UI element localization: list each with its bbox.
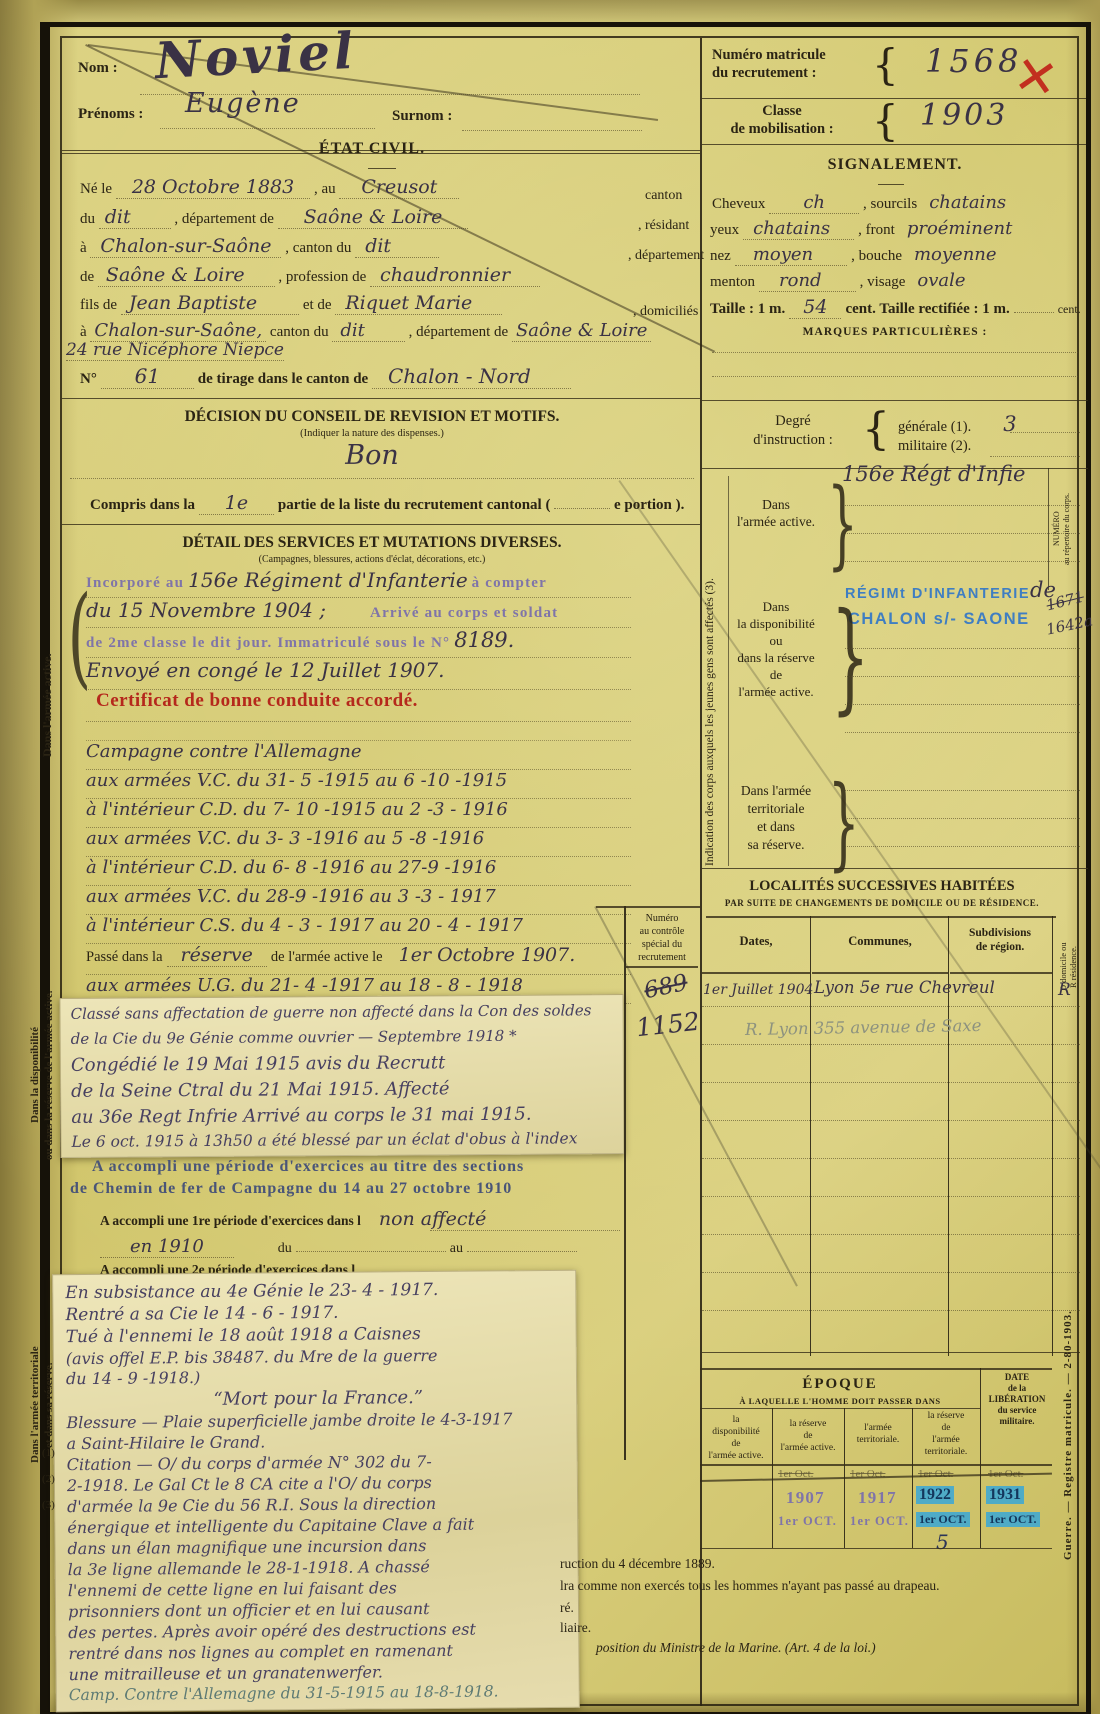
etat-civil-line-4: de Saône & Loire , profession de chaudro…	[80, 264, 540, 286]
rule	[160, 128, 375, 129]
epoque-col1-header: la disponibilité de l'armée active.	[700, 1414, 772, 1462]
visage-value: ovale	[909, 270, 965, 291]
scribble-number: 5	[936, 1530, 949, 1554]
rule	[700, 1408, 980, 1409]
campagne-title-line: Campagne contre l'Allemagne	[86, 741, 631, 770]
services-subtitle: (Campagnes, blessures, actions d'éclat, …	[62, 554, 682, 565]
profession-value: chaudronnier	[370, 264, 540, 287]
numero-matricule-value: 1568	[925, 42, 1022, 80]
signalement-row-1: Cheveux ch , sourcils chatains	[712, 192, 1006, 213]
degre-generale-row: générale (1). 3	[898, 412, 1017, 436]
epoque-col2-header: la réserve de l'armée active.	[772, 1418, 844, 1454]
printed-label: , sourcils	[863, 196, 917, 212]
note1-line: Classé sans affectation de guerre non af…	[70, 1001, 614, 1030]
printed-label: Cheveux	[712, 196, 765, 212]
prenoms-value: Eugène	[185, 88, 301, 119]
note1-line: de la Seine Ctral du 21 Mai 1915. Affect…	[71, 1077, 615, 1107]
rule	[62, 524, 700, 525]
corps-vertical-label: Indication des corps auxquels les jeunes…	[704, 478, 716, 866]
note2-text: En subsistance au 4e Génie le 23- 4 - 19…	[53, 1271, 579, 1708]
rule	[702, 1158, 1080, 1159]
canton-dit: dit	[355, 235, 439, 258]
rule	[700, 1368, 1052, 1370]
sourcils-value: chatains	[921, 192, 1006, 213]
locality-row1-date: 1er Juillet 1904	[703, 982, 813, 998]
rule	[700, 1464, 1052, 1466]
printed-label: Né le	[80, 181, 112, 197]
rule	[845, 818, 1080, 819]
rule	[878, 184, 904, 185]
rule	[702, 1234, 1080, 1235]
rule	[728, 476, 729, 866]
stamped-text: Arrivé au corps et soldat	[330, 605, 558, 621]
epoque-title: ÉPOQUE	[700, 1376, 980, 1393]
printed-label: , profession de	[278, 269, 366, 285]
epoque-col4-header: la réserve de l'armée territoriale.	[912, 1410, 980, 1458]
stamped-text: Incorporé au	[86, 575, 184, 591]
margin-word-canton: canton	[645, 188, 682, 204]
corps-dispo-label: Dans la disponibilité ou dans la réserve…	[730, 598, 822, 700]
handwritten-text: en 1910	[100, 1236, 234, 1258]
signalement-row-4: menton rond , visage ovale	[710, 270, 966, 291]
etat-civil-line-3: à Chalon-sur-Saône , canton du dit	[80, 235, 439, 257]
rule	[845, 505, 1080, 506]
rule	[702, 972, 810, 974]
services-entries: Incorporé au 156e Régiment d'Infanterie …	[86, 568, 631, 1004]
corps-active-value: 156e Régt d'Infie	[842, 462, 1025, 486]
canton-value: dit	[99, 206, 171, 229]
departement2-value: Saône & Loire	[98, 264, 275, 287]
service-line-conge: Envoyé en congé le 12 Juillet 1907.	[86, 658, 631, 690]
printed-label: A accompli une 1re période d'exercices d…	[100, 1213, 361, 1228]
nom-label: Nom :	[78, 60, 118, 77]
decision-subtitle: (Indiquer la nature des dispenses.)	[62, 428, 682, 439]
rule	[430, 1230, 620, 1231]
printed-label: , département de	[174, 211, 274, 227]
front-value: proéminent	[899, 218, 1013, 239]
corps-territoriale-label: Dans l'armée territoriale et dans sa rés…	[730, 782, 822, 854]
epoque-reserve-terr-date-stamp: 1er OCT.	[916, 1512, 970, 1527]
street-address: 24 rue Nicéphore Niepce	[66, 340, 284, 361]
rule	[702, 400, 1088, 401]
printed-label: , département de	[409, 324, 509, 340]
surnom-label: Surnom :	[392, 108, 452, 125]
localites-subtitle: PAR SUITE DE CHANGEMENTS DE DOMICILE OU …	[702, 898, 1062, 908]
rule	[626, 966, 698, 968]
rule	[712, 376, 1078, 377]
etat-civil-title: ÉTAT CIVIL.	[62, 140, 682, 158]
rule	[845, 704, 1080, 705]
printed-label: de tirage dans le canton de	[198, 371, 368, 387]
numero-repertoire-vertical: NUMÉRO au répertoire du corps.	[1052, 470, 1072, 588]
degre-militaire-row: militaire (2).	[898, 438, 971, 455]
signalement-row-2: yeux chatains , front proéminent	[710, 218, 1012, 239]
rule	[702, 1310, 1080, 1311]
table-column-line	[912, 1408, 913, 1548]
printed-label: yeux	[710, 222, 739, 238]
rule	[596, 906, 700, 908]
rule	[700, 1548, 1052, 1549]
rule	[702, 1006, 1080, 1007]
yeux-value: chatains	[743, 218, 854, 240]
locality-row1-commune: Lyon 5e rue Chevreul	[814, 978, 995, 997]
etat-civil-line-1: Né le 28 Octobre 1883 , au Creusot	[80, 176, 459, 198]
edition-reference-vertical: Guerre. — Registre matricule. — 2-80-190…	[1062, 1230, 1074, 1560]
epoque-reserve-year: 1907	[786, 1488, 825, 1508]
blank-line	[86, 722, 631, 741]
cheveux-value: ch	[769, 192, 859, 214]
service-line-incorpore-1: Incorporé au 156e Régiment d'Infanterie …	[86, 568, 631, 598]
tirage-number: 61	[101, 364, 194, 389]
blank-fill	[296, 1251, 446, 1252]
rule	[702, 1082, 1080, 1083]
printed-label: de	[80, 269, 94, 285]
controle-column-left-border	[624, 906, 626, 1460]
epoque-subtitle: À LAQUELLE L'HOMME DOIT PASSER DANS	[700, 1396, 980, 1406]
campagne-line-1: aux armées V.C. du 31- 5 -1915 au 6 -10 …	[86, 770, 631, 799]
services-title: DÉTAIL DES SERVICES ET MUTATIONS DIVERSE…	[62, 534, 682, 552]
col-header-subdivisions: Subdivisions de région.	[950, 926, 1050, 954]
epoque-territoriale-year: 1917	[858, 1488, 897, 1508]
handwritten-text: 8189.	[454, 628, 514, 652]
rule	[70, 478, 694, 479]
footer-fragment: liaire.	[560, 1620, 591, 1636]
brace-glyph: {	[862, 404, 890, 455]
blank-fill	[1014, 312, 1054, 313]
menton-value: rond	[759, 270, 856, 292]
printed-label: , bouche	[851, 248, 902, 264]
service-line-incorpore-3: de 2me classe le dit jour. Immatriculé s…	[86, 628, 631, 658]
margin-word-departement: , département	[628, 248, 704, 264]
rule	[845, 732, 1080, 733]
registre-matricule-page: Nom : Noviel Prénoms : Eugène Surnom : N…	[0, 0, 1100, 1714]
table-column-line	[1052, 916, 1053, 1356]
etat-civil-line-6: à Chalon-sur-Saône, canton du dit , dépa…	[80, 320, 651, 341]
mother-name: Riquet Marie	[335, 292, 502, 315]
rule	[702, 868, 1088, 869]
rule	[706, 916, 1056, 918]
taille-row: Taille : 1 m. 54 cent. Taille rectifiée …	[710, 296, 1081, 318]
printed-label: Taille : 1 m.	[710, 301, 785, 317]
prenoms-label: Prénoms :	[78, 106, 143, 123]
campagne-line-4: à l'intérieur C.D. du 6- 8 -1916 au 27-9…	[86, 857, 631, 886]
handwritten-text: non affecté	[365, 1208, 487, 1230]
father-name: Jean Baptiste	[121, 292, 299, 315]
parents-residence: Chalon-sur-Saône,	[90, 320, 266, 342]
margin-footnote-markers: (1) (2) (3)	[42, 1440, 55, 1518]
liberation-year-stamp: 1931	[986, 1486, 1024, 1504]
stamped-text: à compter	[472, 575, 547, 591]
residence-value: Chalon-sur-Saône	[90, 235, 281, 258]
periode1b-line: en 1910 du au	[100, 1236, 577, 1257]
service-line-incorpore-2: du 15 Novembre 1904 ; Arrivé au corps et…	[86, 598, 631, 628]
decision-title: DÉCISION DU CONSEIL DE REVISION ET MOTIF…	[62, 408, 682, 426]
rule	[990, 456, 1080, 457]
exercices-stamp-line-1: A accompli une période d'exercices au ti…	[92, 1158, 524, 1176]
pasted-note-1: Classé sans affectation de guerre non af…	[59, 994, 624, 1158]
rule	[702, 1196, 1080, 1197]
brace-glyph: }	[831, 588, 869, 727]
table-column-line	[980, 1368, 981, 1548]
decision-value: Bon	[62, 440, 682, 471]
exercices-stamp-line-2: de Chemin de fer de Campagne du 14 au 27…	[70, 1180, 512, 1198]
rule	[702, 1352, 1080, 1353]
margin-label-armee-active: Dans l'armée active.	[40, 600, 55, 810]
handwritten-text: 1er Octobre 1907.	[387, 944, 576, 966]
localites-title: LOCALITÉS SUCCESSIVES HABITÉES	[702, 878, 1062, 895]
rule	[368, 168, 396, 169]
parents-canton: dit	[332, 320, 405, 342]
printed-label: et de	[303, 297, 332, 313]
margin-word-domicilies: , domiciliés	[633, 304, 698, 320]
rule	[702, 1120, 1080, 1121]
note1-line: au 36e Regt Infrie Arrivé au corps le 31…	[71, 1103, 615, 1133]
printed-label: , au	[314, 181, 336, 197]
note1-line: Le 6 oct. 1915 à 13h50 a été blessé par …	[71, 1129, 615, 1157]
printed-label: à	[80, 240, 87, 256]
handwritten-text: du 15 Novembre 1904 ;	[86, 598, 326, 622]
campagne-recap-line: Camp. Contre l'Allemagne du 31-5-1915 au…	[69, 1682, 573, 1707]
blank-fill	[554, 508, 610, 509]
printed-label: nez	[710, 248, 731, 264]
campagne-line-5: aux armées V.C. du 28-9 -1916 au 3 -3 - …	[86, 886, 631, 915]
brace-glyph: }	[828, 764, 860, 881]
rule	[950, 972, 1052, 974]
taille-value: 54	[789, 296, 841, 319]
nom-value: Noviel	[154, 21, 359, 90]
footer-fragment: ruction du 4 décembre 1889.	[560, 1556, 715, 1572]
rule	[845, 533, 1080, 534]
brace-glyph: }	[827, 468, 858, 580]
rule	[845, 790, 1080, 791]
rule	[62, 398, 700, 399]
tirage-canton: Chalon - Nord	[372, 364, 571, 389]
printed-label: fils de	[80, 297, 117, 313]
regiment-stamp-line-2: CHALON s/- SAONE	[848, 610, 1030, 629]
certificat-line: Certificat de bonne conduite accordé.	[86, 690, 631, 722]
handwritten-text: réserve	[167, 944, 267, 967]
controle-special-label: Numéro au contrôle spécial du recrutemen…	[626, 912, 698, 964]
margin-word-residant: , résidant	[638, 218, 689, 234]
etat-civil-line-2: du dit , département de Saône & Loire	[80, 206, 468, 228]
parents-departement: Saône & Loire	[512, 320, 651, 342]
marques-label: MARQUES PARTICULIÈRES :	[702, 326, 1088, 338]
etat-civil-line-5: fils de Jean Baptiste et de Riquet Marie	[80, 292, 502, 314]
printed-label: cent.	[1058, 302, 1081, 316]
printed-label: générale (1).	[898, 419, 971, 435]
date-liberation-header: DATE de la LIBÉRATION du service militai…	[982, 1372, 1052, 1427]
campagne-line-6: à l'intérieur C.S. du 4 - 3 - 1917 au 20…	[86, 915, 631, 944]
printed-label: e portion ).	[614, 497, 684, 513]
compris-partie: 1e	[199, 492, 274, 515]
epoque-reserve-terr-year-stamp: 1922	[916, 1486, 954, 1504]
printed-label: , canton du	[285, 240, 351, 256]
blank-fill	[467, 1251, 577, 1252]
signalement-row-3: nez moyen , bouche moyenne	[710, 244, 997, 265]
rule	[712, 352, 1078, 353]
note1-text: Classé sans affectation de guerre non af…	[60, 995, 623, 1157]
pasted-note-2: En subsistance au 4e Génie le 23- 4 - 19…	[52, 1270, 580, 1713]
stamped-text: de 2me classe le dit jour. Immatriculé s…	[86, 635, 450, 651]
brace-glyph: {	[872, 96, 899, 145]
printed-label: , visage	[860, 274, 906, 290]
epoque-territoriale-date: 1er OCT.	[850, 1514, 909, 1529]
footer-fragment: ré.	[560, 1600, 574, 1616]
epoque-col3-header: l'armée territoriale.	[844, 1422, 912, 1446]
printed-label: N°	[80, 371, 97, 387]
brace-glyph: {	[872, 40, 899, 89]
corps-active-label: Dans l'armée active.	[732, 496, 820, 530]
rule	[702, 1272, 1080, 1273]
rule	[845, 648, 1080, 649]
rule	[812, 972, 948, 974]
departement-value: Saône & Loire	[278, 206, 469, 229]
printed-label: à	[80, 324, 87, 340]
classe-value: 1903	[920, 98, 1008, 133]
rule	[1010, 432, 1080, 433]
note1-line: Congédié le 19 Mai 1915 avis du Recrutt	[71, 1051, 615, 1081]
liberation-date-stamp: 1er OCT.	[986, 1512, 1040, 1527]
printed-label: , front	[858, 222, 895, 238]
printed-label: au	[450, 1241, 463, 1256]
printed-label: du	[238, 1241, 292, 1256]
printed-label: Passé dans la	[86, 949, 163, 965]
passe-reserve-line: Passé dans la réserve de l'armée active …	[86, 944, 631, 975]
signalement-title: SIGNALEMENT.	[702, 156, 1088, 174]
compris-line: Compris dans la 1e partie de la liste du…	[90, 492, 684, 514]
locality-row1-dr: R	[1058, 980, 1071, 1000]
printed-label: cent. Taille rectifiée : 1 m.	[845, 301, 1009, 317]
printed-label: du	[80, 211, 95, 227]
periode1-line: A accompli une 1re période d'exercices d…	[100, 1208, 486, 1230]
margin-label-disponibilite: Dans la disponibilité ou dans la réserve…	[28, 930, 56, 1220]
footer-fragment: position du Ministre de la Marine. (Art.…	[596, 1640, 876, 1656]
campagne-line-2: à l'intérieur C.D. du 7- 10 -1915 au 2 -…	[86, 799, 631, 828]
campagne-line-3: aux armées V.C. du 3- 3 -1916 au 5 -8 -1…	[86, 828, 631, 857]
handwritten-text: 156e Régiment d'Infanterie	[188, 568, 468, 592]
rule	[845, 561, 1080, 562]
rule	[462, 130, 642, 131]
rule	[702, 144, 1086, 145]
nez-value: moyen	[735, 244, 847, 266]
regiment-stamp-line-1: RÉGIMt D'INFANTERIE	[845, 586, 1030, 602]
birth-date: 28 Octobre 1883	[116, 176, 310, 199]
tirage-line: N° 61 de tirage dans le canton de Chalon…	[80, 364, 571, 388]
bouche-value: moyenne	[906, 244, 997, 265]
birth-place: Creusot	[339, 176, 459, 199]
classe-label: Classe de mobilisation :	[712, 102, 852, 138]
numero-matricule-label: Numéro matricule du recrutement :	[712, 46, 826, 82]
printed-label: menton	[710, 274, 755, 290]
rule	[845, 676, 1080, 677]
epoque-reserve-date: 1er OCT.	[778, 1514, 837, 1529]
printed-label: partie de la liste du recrutement canton…	[278, 497, 551, 513]
rule	[702, 1044, 1080, 1045]
col-header-dates: Dates,	[702, 934, 810, 949]
printed-label: Compris dans la	[90, 497, 195, 513]
degre-instruction-label: Degré d'instruction :	[738, 412, 848, 450]
col-header-communes: Communes,	[812, 934, 948, 949]
printed-label: canton du	[270, 324, 329, 340]
rule	[1048, 468, 1049, 590]
note1-line: de la Cie du 9e Génie comme ouvrier — Se…	[71, 1026, 615, 1055]
footer-fragment: lra comme non exercés tous les hommes n'…	[560, 1578, 940, 1594]
printed-label: de l'armée active le	[271, 949, 383, 965]
rule	[845, 846, 1080, 847]
